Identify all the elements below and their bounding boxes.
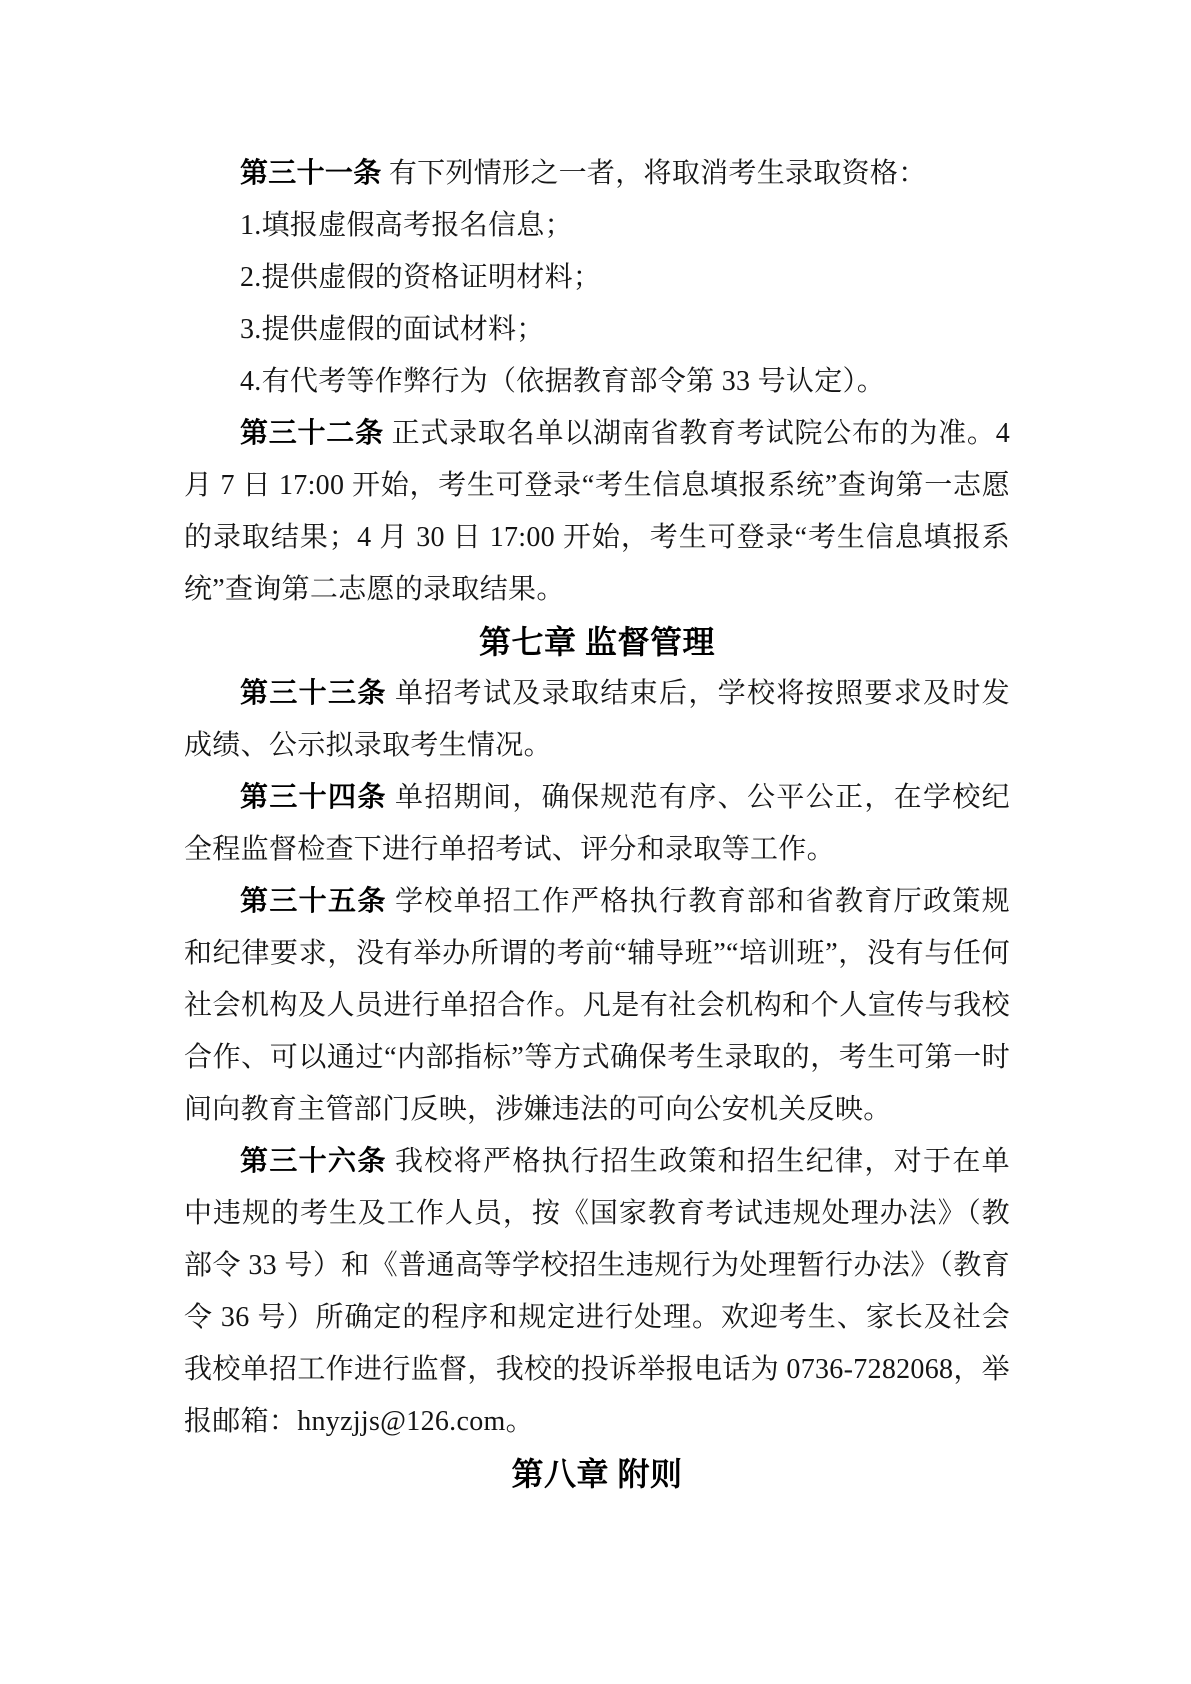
article-32-line-1: 第三十二条 正式录取名单以湖南省教育考试院公布的为准。4: [184, 408, 1010, 460]
article-33-line-1: 第三十三条 单招考试及录取结束后，学校将按照要求及时发布: [184, 668, 1010, 720]
article-35-line-2: 和纪律要求，没有举办所谓的考前“辅导班”“培训班”，没有与任何: [184, 928, 1010, 980]
article-35-line-1: 第三十五条 学校单招工作严格执行教育部和省教育厅政策规定: [184, 876, 1010, 928]
article-34-line-1: 第三十四条 单招期间，确保规范有序、公平公正，在学校纪委: [184, 772, 1010, 824]
article-32-line-2: 月 7 日 17:00 开始，考生可登录“考生信息填报系统”查询第一志愿: [184, 460, 1010, 512]
article-31-text: 有下列情形之一者，将取消考生录取资格：: [382, 158, 927, 189]
article-35-line-5: 间向教育主管部门反映，涉嫌违法的可向公安机关反映。: [184, 1084, 1010, 1136]
article-34-number: 第三十四条: [240, 782, 387, 813]
article-36-number: 第三十六条: [240, 1146, 387, 1177]
document-page: 第三十一条 有下列情形之一者，将取消考生录取资格： 1.填报虚假高考报名信息； …: [0, 0, 1191, 1684]
article-35-line-3: 社会机构及人员进行单招合作。凡是有社会机构和个人宣传与我校有: [184, 980, 1010, 1032]
article-36-line-6: 报邮箱：hnyzjjs@126.com。: [184, 1396, 1010, 1448]
article-36-line-5: 我校单招工作进行监督，我校的投诉举报电话为 0736-7282068，举: [184, 1344, 1010, 1396]
article-36-line-1: 第三十六条 我校将严格执行招生政策和招生纪律，对于在单招: [184, 1136, 1010, 1188]
article-31-number: 第三十一条: [240, 158, 382, 189]
list-item-4: 4.有代考等作弊行为（依据教育部令第 33 号认定）。: [184, 356, 1010, 408]
article-32-number: 第三十二条: [240, 418, 384, 449]
list-item-1: 1.填报虚假高考报名信息；: [184, 200, 1010, 252]
article-36-line-3: 部令 33 号）和《普通高等学校招生违规行为处理暂行办法》（教育部: [184, 1240, 1010, 1292]
article-33-line-2: 成绩、公示拟录取考生情况。: [184, 720, 1010, 772]
article-32-line-3: 的录取结果；4 月 30 日 17:00 开始，考生可登录“考生信息填报系: [184, 512, 1010, 564]
article-36-line-4: 令 36 号）所确定的程序和规定进行处理。欢迎考生、家长及社会对: [184, 1292, 1010, 1344]
article-31-line: 第三十一条 有下列情形之一者，将取消考生录取资格：: [184, 148, 1010, 200]
article-35-number: 第三十五条: [240, 886, 387, 917]
chapter-7-heading: 第七章 监督管理: [184, 616, 1010, 668]
article-32-text: 正式录取名单以湖南省教育考试院公布的为准。4: [384, 418, 1010, 449]
document-text-block: 第三十一条 有下列情形之一者，将取消考生录取资格： 1.填报虚假高考报名信息； …: [184, 148, 1010, 1500]
chapter-8-heading: 第八章 附则: [184, 1448, 1010, 1500]
article-36-line-2: 中违规的考生及工作人员，按《国家教育考试违规处理办法》（教育: [184, 1188, 1010, 1240]
article-34-line-2: 全程监督检查下进行单招考试、评分和录取等工作。: [184, 824, 1010, 876]
article-35-line-4: 合作、可以通过“内部指标”等方式确保考生录取的，考生可第一时: [184, 1032, 1010, 1084]
article-32-line-4: 统”查询第二志愿的录取结果。: [184, 564, 1010, 616]
article-33-number: 第三十三条: [240, 678, 387, 709]
list-item-2: 2.提供虚假的资格证明材料；: [184, 252, 1010, 304]
list-item-3: 3.提供虚假的面试材料；: [184, 304, 1010, 356]
